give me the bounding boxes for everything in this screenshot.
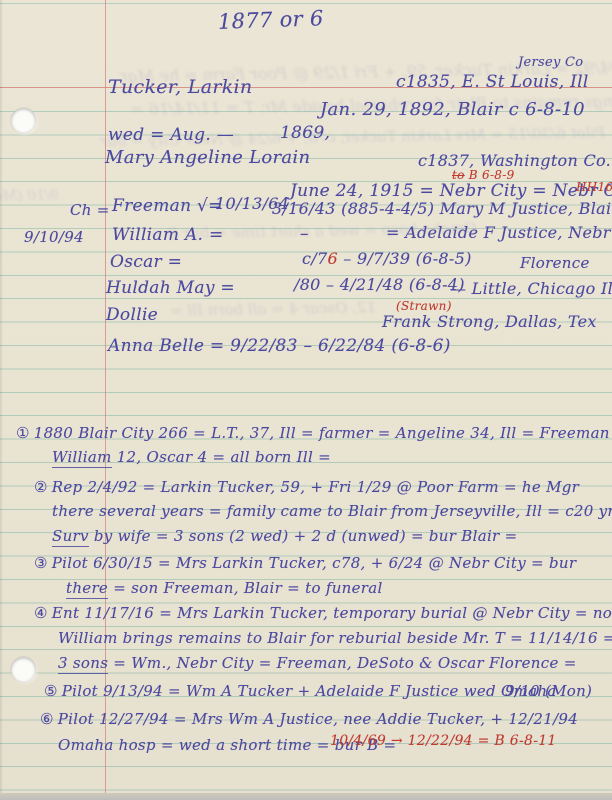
wife-death: June 24, 1915 = Nebr City = Nebr City xyxy=(290,181,612,201)
note-4-number: ④ xyxy=(34,604,48,622)
note-5-number: ⑤ xyxy=(44,682,58,700)
note-1-line-2: William 12, Oscar 4 = all born Ill = xyxy=(52,448,331,466)
child-huldah-name: Huldah May = xyxy=(106,278,235,298)
oscar-red-correction: 6 xyxy=(327,249,337,268)
child-william-dash: – xyxy=(300,224,309,244)
child-huldah-spouse: — Little, Chicago Ill xyxy=(450,279,612,298)
child-annabelle-line: Anna Belle = 9/22/83 – 6/22/84 (6-8-6) xyxy=(108,336,451,356)
note-2-underlined: Surv xyxy=(52,527,89,547)
child-william-name: William A. = xyxy=(112,225,224,245)
note-2-text: Rep 2/4/92 = Larkin Tucker, 59, + Fri 1/… xyxy=(52,478,579,496)
child-oscar-dates: c/76 – 9/7/39 (6-8-5) xyxy=(302,249,472,268)
note-1-text-2: 12, Oscar 4 = all born Ill = xyxy=(112,448,331,466)
scanned-notebook-page: Rep 2/4/92 = Larkin Tucker, 59, + Fri 1/… xyxy=(0,0,612,800)
oscar-dates-post: – 9/7/39 (6-8-5) xyxy=(338,249,472,268)
note-5-text: Pilot 9/13/94 = Wm A Tucker + Adelaide F… xyxy=(62,682,557,700)
husband-death: Jan. 29, 1892, Blair c 6-8-10 xyxy=(320,99,585,120)
hole-punch-bottom xyxy=(11,657,36,682)
note-4-text-3: = Wm., Nebr City = Freeman, DeSoto & Osc… xyxy=(108,654,576,672)
page-header-year: 1877 or 6 xyxy=(218,6,324,34)
note-5-right-date: 9/10 (Mon) xyxy=(505,682,592,700)
wife-name: Mary Angeline Lorain xyxy=(105,147,310,168)
page-bottom-edge xyxy=(0,793,612,800)
child-oscar-place: Florence xyxy=(520,254,590,272)
wife-death-red-right: HH16 xyxy=(576,180,612,194)
note-3-text-2: = son Freeman, Blair = to funeral xyxy=(108,579,382,597)
husband-name: Tucker, Larkin xyxy=(108,76,252,98)
child-freeman-spouse: 3/16/43 (885-4-4/5) Mary M Justice, Blai… xyxy=(272,199,612,218)
note-2-text-3: by wife = 3 sons (2 wed) + 2 d (unwed) =… xyxy=(89,527,518,545)
red-margin-line xyxy=(105,0,106,800)
hole-punch-top xyxy=(11,108,36,133)
note-1-line-1: ①1880 Blair City 266 = L.T., 37, Ill = f… xyxy=(16,424,612,442)
bleed-through-text: 9/10 (Mon) xyxy=(0,187,59,204)
note-2-line-3: Surv by wife = 3 sons (2 wed) + 2 d (unw… xyxy=(52,527,517,545)
note-1-text: 1880 Blair City 266 = L.T., 37, Ill = fa… xyxy=(34,424,612,442)
red-plot-ref: B 6-8-9 xyxy=(469,168,515,182)
note-3-number: ③ xyxy=(34,554,48,572)
wife-death-red-note: to B 6-8-9 xyxy=(452,168,515,182)
child-oscar-name: Oscar = xyxy=(110,252,182,272)
note-6-line-1: ⑥Pilot 12/27/94 = Mrs Wm A Justice, nee … xyxy=(40,710,578,728)
note-4-line-2: William brings remains to Blair for rebu… xyxy=(58,629,612,647)
wife-birth: c1837, Washington Co. Ohio xyxy=(418,151,612,170)
note-2-number: ② xyxy=(34,478,48,496)
note-6-red-dates: 10/4/69 → 12/22/94 = B 6-8-11 xyxy=(330,733,557,749)
children-label: Ch = xyxy=(70,201,110,219)
wed-year: 1869, xyxy=(280,123,330,143)
top-rule-line xyxy=(0,3,612,4)
note-3-line-1: ③Pilot 6/30/15 = Mrs Larkin Tucker, c78,… xyxy=(34,554,576,572)
husband-birth: c1835, E. St Louis, Ill xyxy=(396,72,589,92)
note-4-text: Ent 11/17/16 = Mrs Larkin Tucker, tempor… xyxy=(52,604,612,622)
child-william-spouse: = Adelaide F Justice, Nebr City xyxy=(386,223,612,242)
strawn-red-correction: (Strawn) xyxy=(396,299,452,313)
red-to-struck: to xyxy=(452,168,465,182)
note-4-line-1: ④Ent 11/17/16 = Mrs Larkin Tucker, tempo… xyxy=(34,604,612,622)
child-dollie-spouse: Frank Strong, Dallas, Tex xyxy=(382,312,597,331)
note-1-underlined: William xyxy=(52,448,112,468)
note-1-number: ① xyxy=(16,424,30,442)
page-left-edge xyxy=(0,0,3,800)
child-huldah-dates: /80 – 4/21/48 (6-8-4) xyxy=(294,275,465,294)
note-2-line-1: ②Rep 2/4/92 = Larkin Tucker, 59, + Fri 1… xyxy=(34,478,579,496)
bleed-through-text: 12, Oscar 4 = all born Ill = xyxy=(170,298,376,320)
note-6-text: Pilot 12/27/94 = Mrs Wm A Justice, nee A… xyxy=(58,710,578,728)
note-3-line-2: there = son Freeman, Blair = to funeral xyxy=(66,579,383,597)
note-2-line-2: there several years = family came to Bla… xyxy=(52,502,612,520)
note-6-number: ⑥ xyxy=(40,710,54,728)
note-3-underlined: there xyxy=(66,579,108,599)
margin-date: 9/10/94 xyxy=(24,228,84,246)
oscar-dates-pre: c/7 xyxy=(302,249,327,268)
child-dollie-name: Dollie xyxy=(106,305,158,325)
insert-jersey-co: Jersey Co xyxy=(518,55,583,70)
note-4-underlined: 3 sons xyxy=(58,654,108,674)
child-freeman-name: Freeman √= xyxy=(112,196,223,216)
wed-label: wed = Aug. — xyxy=(108,125,234,145)
note-5-line-1: ⑤Pilot 9/13/94 = Wm A Tucker + Adelaide … xyxy=(44,682,557,700)
note-3-text: Pilot 6/30/15 = Mrs Larkin Tucker, c78, … xyxy=(52,554,577,572)
note-4-line-3: 3 sons = Wm., Nebr City = Freeman, DeSot… xyxy=(58,654,577,672)
